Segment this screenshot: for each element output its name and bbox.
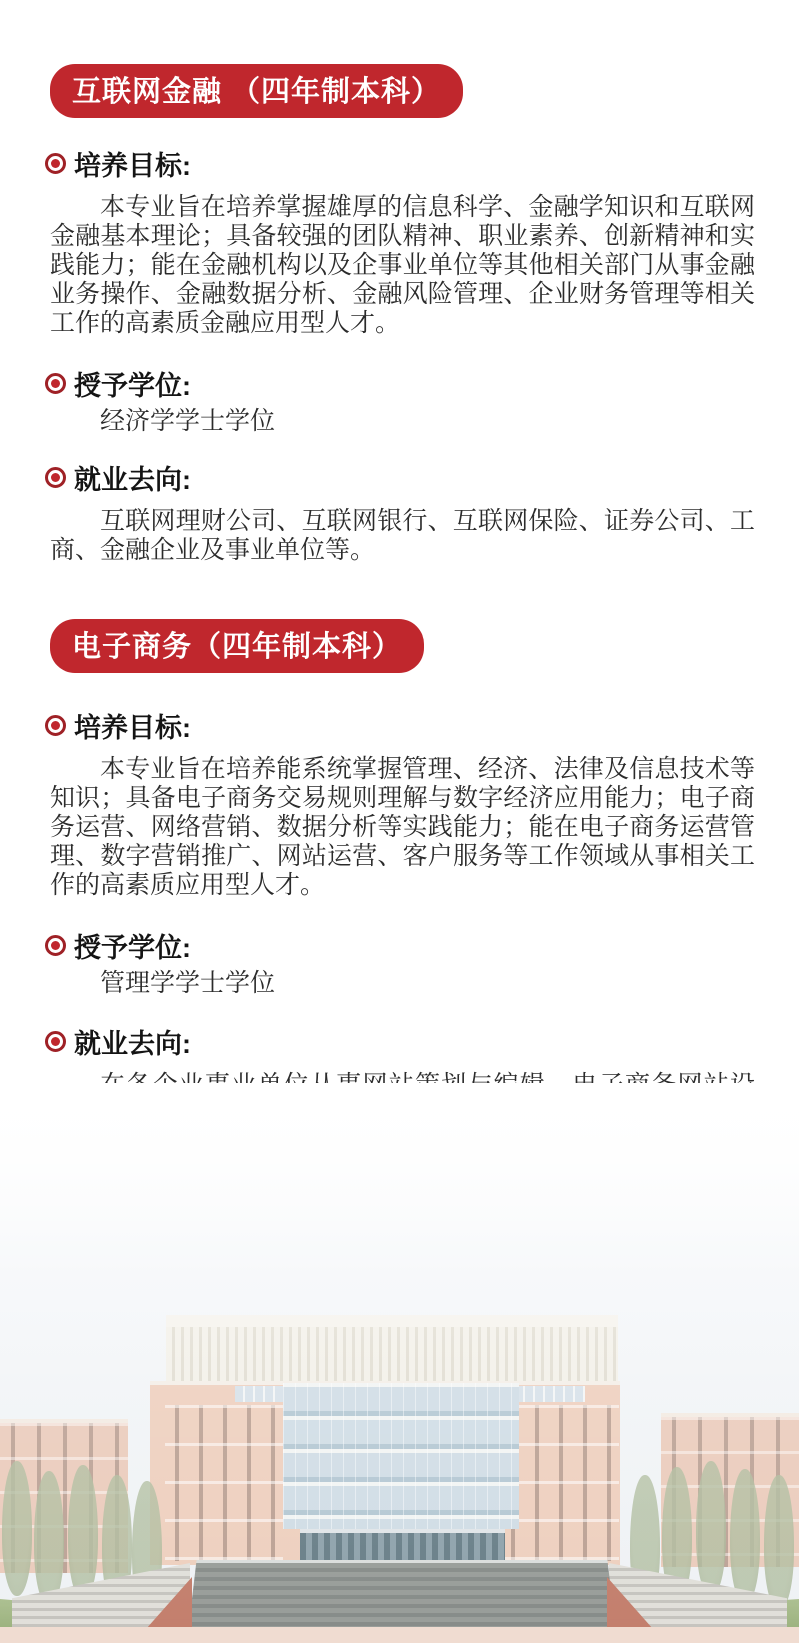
section-label: 就业去向: (74, 1022, 191, 1061)
tree (68, 1465, 98, 1600)
major-section-internet-finance: 互联网金融 （四年制本科） 培养目标: 本专业旨在培养掌握雄厚的信息科学、金融学… (0, 0, 799, 565)
tree (34, 1471, 64, 1606)
building-window-strip-left (165, 1405, 283, 1561)
degree-heading: 授予学位: (45, 926, 799, 965)
employment-heading: 就业去向: (45, 1022, 799, 1061)
target-bullet-icon (45, 467, 66, 488)
target-bullet-icon (45, 153, 66, 174)
employment-heading: 就业去向: (45, 458, 799, 497)
target-bullet-icon (45, 715, 66, 736)
section-label: 培养目标: (74, 706, 191, 745)
target-bullet-icon (45, 373, 66, 394)
target-bullet-icon (45, 935, 66, 956)
tree (696, 1461, 726, 1596)
training-objective-heading: 培养目标: (45, 144, 799, 183)
major-title-badge: 互联网金融 （四年制本科） (50, 64, 463, 118)
tree (2, 1461, 32, 1596)
major-section-ecommerce: 电子商务（四年制本科） 培养目标: 本专业旨在培养能系统掌握管理、经济、法律及信… (0, 565, 799, 1158)
degree-heading: 授予学位: (45, 364, 799, 403)
section-label: 培养目标: (74, 144, 191, 183)
section-label: 就业去向: (74, 458, 191, 497)
entrance-doors (300, 1529, 505, 1563)
training-objective-text: 本专业旨在培养掌握雄厚的信息科学、金融学知识和互联网金融基本理论；具备较强的团队… (50, 193, 755, 338)
campus-building-photo (0, 1083, 799, 1643)
building-rooftop-colonnade (166, 1315, 618, 1386)
section-label: 授予学位: (74, 364, 191, 403)
degree-text: 管理学学士学位 (50, 969, 755, 998)
training-objective-heading: 培养目标: (45, 706, 799, 745)
target-bullet-icon (45, 1031, 66, 1052)
glass-curtain-wall (283, 1383, 519, 1529)
tree (730, 1469, 760, 1604)
major-title-badge: 电子商务（四年制本科） (50, 619, 424, 673)
tree (764, 1475, 794, 1610)
employment-text: 互联网理财公司、互联网银行、互联网保险、证券公司、工商、金融企业及事业单位等。 (50, 507, 755, 565)
central-stone-terrace (188, 1560, 616, 1633)
section-label: 授予学位: (74, 926, 191, 965)
page: 互联网金融 （四年制本科） 培养目标: 本专业旨在培养掌握雄厚的信息科学、金融学… (0, 0, 799, 1643)
degree-text: 经济学学士学位 (50, 407, 755, 436)
pavement (0, 1627, 799, 1643)
training-objective-text: 本专业旨在培养能系统掌握管理、经济、法律及信息技术等知识；具备电子商务交易规则理… (50, 755, 755, 900)
